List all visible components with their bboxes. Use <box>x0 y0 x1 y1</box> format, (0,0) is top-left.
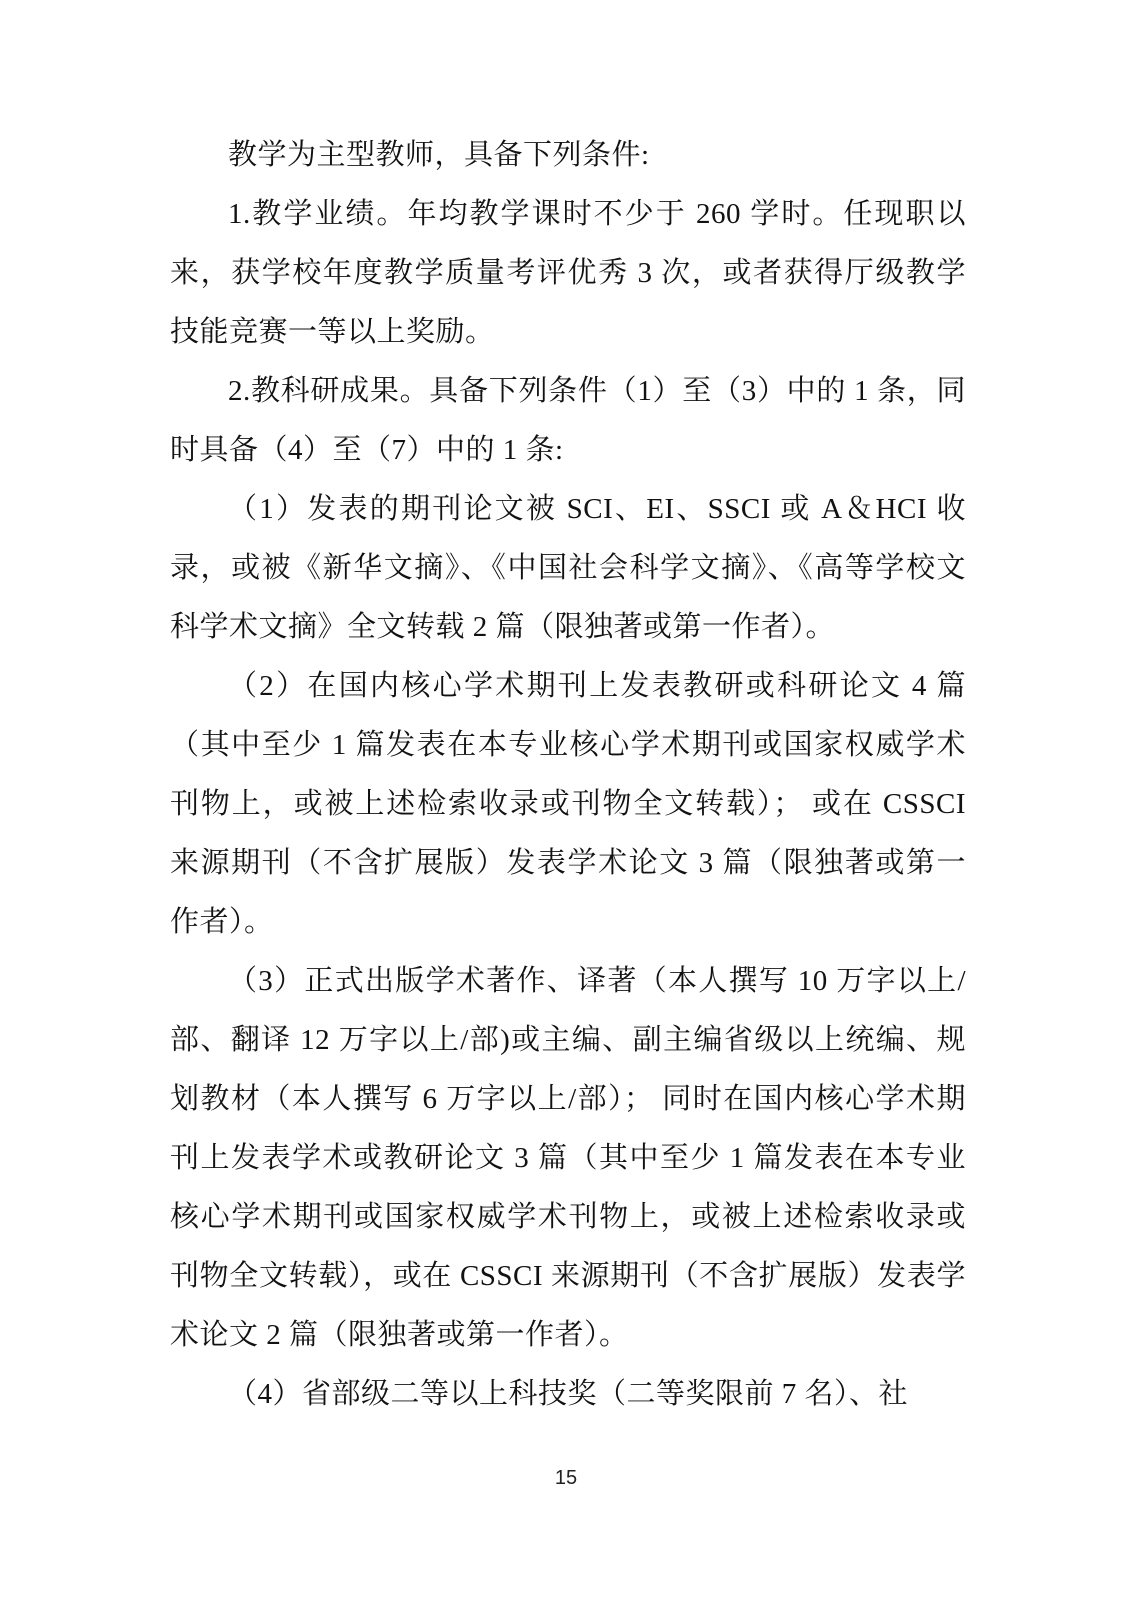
paragraph: 1.教学业绩。年均教学课时不少于 260 学时。任现职以来，获学校年度教学质量考… <box>170 185 966 362</box>
paragraph: （2）在国内核心学术期刊上发表教研或科研论文 4 篇（其中至少 1 篇发表在本专… <box>170 657 966 952</box>
document-body: 教学为主型教师，具备下列条件: 1.教学业绩。年均教学课时不少于 260 学时。… <box>170 126 966 1424</box>
paragraph: 2.教科研成果。具备下列条件（1）至（3）中的 1 条，同时具备（4）至（7）中… <box>170 362 966 480</box>
page-number: 15 <box>0 1466 1132 1490</box>
paragraph: （4）省部级二等以上科技奖（二等奖限前 7 名）、社 <box>170 1365 966 1424</box>
paragraph: （3）正式出版学术著作、译著（本人撰写 10 万字以上/部、翻译 12 万字以上… <box>170 952 966 1365</box>
paragraph: 教学为主型教师，具备下列条件: <box>170 126 966 185</box>
paragraph: （1）发表的期刊论文被 SCI、EI、SSCI 或 A＆HCI 收录，或被《新华… <box>170 480 966 657</box>
document-page: 教学为主型教师，具备下列条件: 1.教学业绩。年均教学课时不少于 260 学时。… <box>0 0 1132 1600</box>
